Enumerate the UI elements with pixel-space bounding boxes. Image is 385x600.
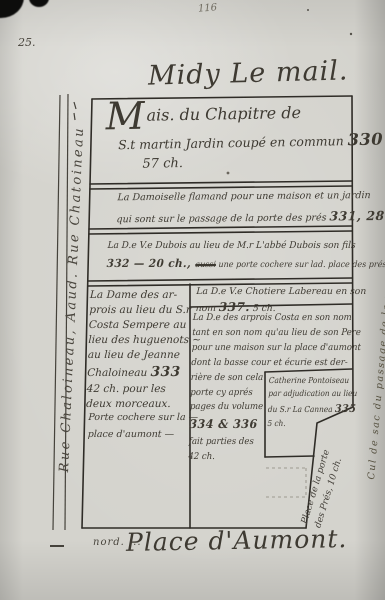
parcel-dame-line: Chaloineau 333	[87, 363, 200, 382]
parcel-number-330: 330	[347, 130, 383, 150]
parcel-costa-line: pour une maison sur la place d'aumont	[192, 341, 362, 356]
parcel-dubois-line1: La D.e V.e Dubois au lieu de M.r L'abbé …	[107, 237, 385, 254]
parcel-flamand-331: La Damoiselle flamand pour une maison et…	[116, 188, 385, 229]
parcel-pontoiseau-line2: par adjudication au lieu	[268, 387, 357, 400]
parcel-number-333: 333	[150, 364, 181, 380]
parcel-dame-line: au lieu de Jeanne	[88, 348, 201, 363]
parcel-dubois-line2: 332 — 20 ch., aussi une porte cochere su…	[106, 254, 385, 274]
parcel-costa-line: tant en son nom qu'au lieu de son Pere	[192, 326, 362, 341]
parcel-chapitre-line2: S.t martin Jardin coupé en commun 330	[118, 130, 383, 154]
parcel-costa-line: 42 ch.	[188, 450, 358, 465]
parcel-chapitre-330: Mais. du Chapitre de S.t martin Jardin c…	[105, 102, 383, 173]
parcel-number-332: 332 — 20 ch.,	[106, 257, 195, 270]
parcel-pontoiseau-line3: du S.r La Cannea 335	[268, 400, 357, 417]
pencil-construction-lines	[266, 468, 306, 497]
parcel-dame-line: La Dame des ar-	[90, 288, 203, 303]
parcel-dame-line-text: Chaloineau	[87, 367, 151, 379]
parcel-dame-line: 42 ch. pour les	[86, 382, 199, 397]
parcel-pontoiseau-line3-text: du S.r La Cannea	[268, 404, 335, 414]
parcel-chapitre-line1: Mais. du Chapitre de	[105, 102, 382, 127]
parcel-pontoiseau-line1: Catherine Pontoiseau	[269, 374, 358, 387]
parcel-flamand-line2: qui sont sur le passage de la porte des …	[116, 204, 385, 228]
parcel-dame-note: Porte cochere sur la — place d'aumont —	[87, 409, 198, 443]
parcel-pontoiseau-line4: 5 ch.	[267, 417, 356, 430]
parcel-dubois-line2-text: une porte cochere sur lad. place des pré…	[216, 260, 385, 270]
ornate-initial: M	[105, 94, 145, 139]
parcel-dubois-332: La D.e V.e Dubois au lieu de M.r L'abbé …	[106, 237, 385, 274]
parcel-dame-note-line: Porte cochere sur la —	[88, 409, 198, 426]
orientation-label-south: Midy Le mail.	[148, 55, 349, 91]
plate-number: 25.	[18, 36, 36, 49]
place-daumont-label: Place d'Aumont.	[126, 524, 348, 557]
folio-number: 116	[198, 2, 218, 14]
parcel-number-331: 331, 28 ch	[329, 207, 385, 223]
parcel-number-335: 335	[335, 402, 357, 415]
parcel-costa-line: fait parties des	[188, 435, 358, 450]
parcel-chapitre-line1-text: ais. du Chapitre de	[146, 103, 301, 125]
parcel-pontoiseau-335: Catherine Pontoiseau par adjudication au…	[267, 374, 358, 430]
parcel-chapitre-line2-text: S.t martin Jardin coupé en commun	[118, 133, 348, 152]
parcel-costa-line: La D.e des arprois Costa en son nom	[193, 311, 363, 326]
parcel-flamand-line1: La Damoiselle flamand pour une maison et…	[117, 188, 385, 207]
parcel-dame-line: lieu des huguenots ~	[88, 333, 201, 348]
scanned-manuscript-page: 116 25. Midy Le mail. nord. ... Place d'…	[0, 0, 385, 600]
parcel-costa-line: dont la basse cour et écurie est der-	[191, 356, 361, 371]
parcel-dame-333: La Dame des ar- prois au lieu du S.r Cos…	[86, 288, 203, 412]
parcel-flamand-line2-text: qui sont sur le passage de la porte des …	[116, 212, 329, 225]
parcel-dame-line: Costa Sempere au	[89, 318, 202, 333]
struck-word: aussi	[195, 260, 216, 270]
parcel-chotiere-line1: La D.e V.e Chotiere Labereau en son	[196, 285, 366, 299]
parcel-dame-line: prois au lieu du S.r	[89, 303, 202, 318]
parcel-dame-note-line: place d'aumont —	[87, 426, 197, 443]
